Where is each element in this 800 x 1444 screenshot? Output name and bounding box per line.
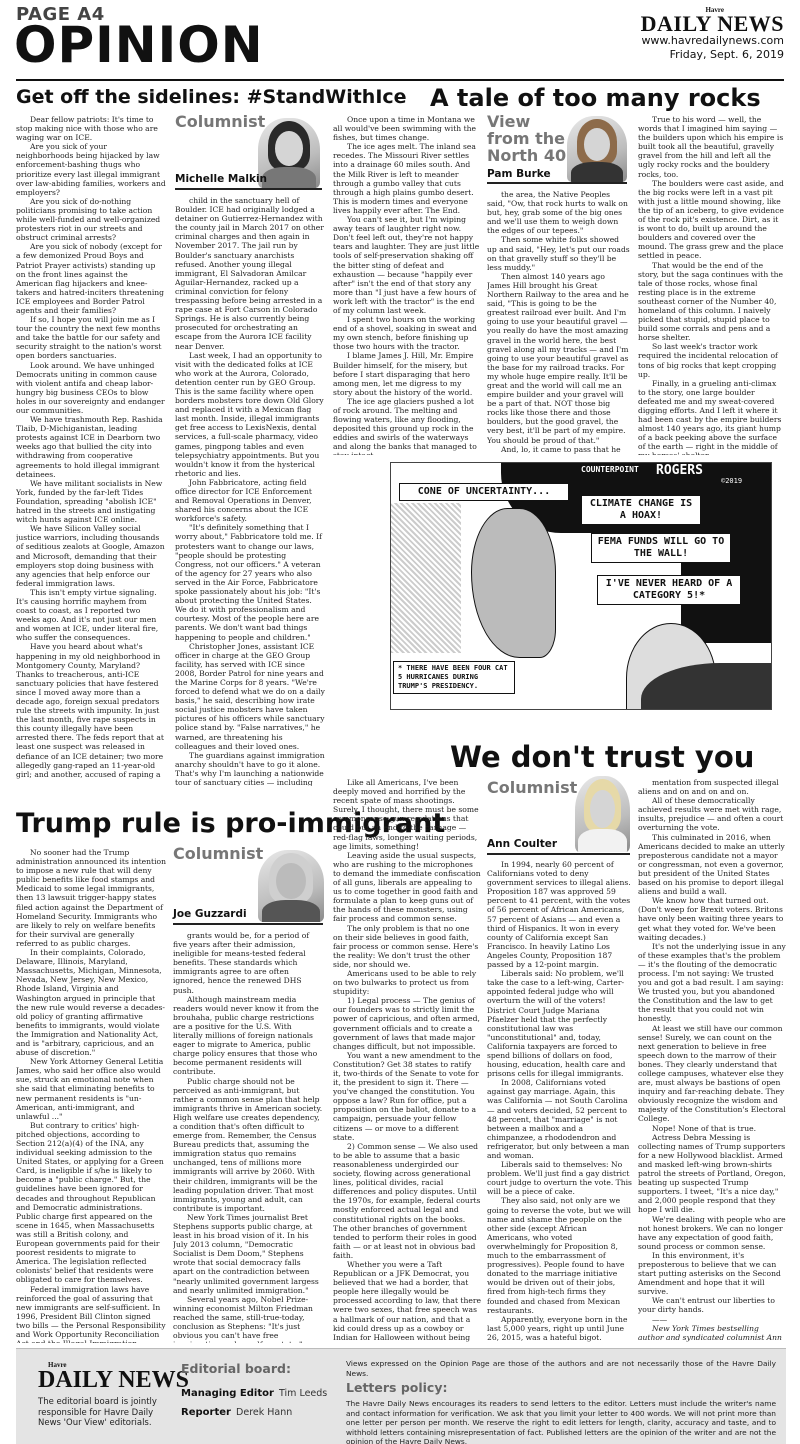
paragraph: Actress Debra Messing is collecting name… bbox=[638, 1133, 786, 1215]
paragraph: John Fabbricatore, acting field office d… bbox=[175, 478, 325, 523]
paragraph: Nope! None of that is true. bbox=[638, 1124, 786, 1133]
paragraph: Public charge should not be perceived as… bbox=[173, 1077, 323, 1213]
cartoon-artist: ROGERS bbox=[656, 463, 703, 478]
paragraph: Once upon a time in Montana we all would… bbox=[333, 115, 481, 142]
paragraph: That would be the end of the story, but … bbox=[638, 261, 786, 343]
byline-rule bbox=[173, 923, 323, 925]
paragraph: 2) Common sense — We also used to be abl… bbox=[333, 1142, 481, 1260]
paragraph: We're dealing with people who are not ho… bbox=[638, 1215, 786, 1251]
paragraph: We have trashmouth Rep. Rashida Tlaib, D… bbox=[16, 415, 166, 479]
paragraph: In 2008, Californians voted against gay … bbox=[487, 1078, 632, 1160]
paragraph: True to his word — well, the words that … bbox=[638, 115, 786, 179]
footer-brand-desc: The editorial board is jointly responsib… bbox=[38, 1397, 178, 1429]
article-headline-rocks: A tale of too many rocks bbox=[430, 84, 761, 112]
author-byline-burke: Pam Burke bbox=[487, 168, 551, 180]
speech-bubble-category5: I'VE NEVER HEARD OF A CATEGORY 5!* bbox=[597, 575, 741, 605]
article-rocks-col1: Once upon a time in Montana we all would… bbox=[333, 115, 481, 455]
paragraph: Are you sick of do-nothing politicians p… bbox=[16, 197, 166, 242]
paragraph: It's not the underlying issue in any of … bbox=[638, 942, 786, 1024]
paragraph: Whether you were a Taft Republican or a … bbox=[333, 1260, 481, 1343]
paragraph: Like all Americans, I've been deeply mov… bbox=[333, 778, 481, 851]
author-photo-coulter bbox=[575, 776, 630, 852]
footer-brand-name: DAILY NEWS bbox=[38, 1369, 189, 1391]
article-trust-col2: In 1994, nearly 60 percent of California… bbox=[487, 860, 632, 1343]
issue-date: Friday, Sept. 6, 2019 bbox=[641, 48, 784, 62]
byline-rule bbox=[487, 853, 630, 855]
paragraph: Although mainstream media readers would … bbox=[173, 995, 323, 1077]
paragraph: New York Times journalist Bret Stephens … bbox=[173, 1213, 323, 1295]
paragraph: Then some white folks showed up and said… bbox=[487, 235, 630, 271]
paragraph: So last week's tractor work required the… bbox=[638, 342, 786, 378]
letters-policy-heading: Letters policy: bbox=[346, 1380, 776, 1395]
paragraph: No sooner had the Trump administration a… bbox=[16, 848, 166, 948]
signoff-dash: —— bbox=[638, 1315, 786, 1324]
paragraph: Liberals said to themselves: No problem.… bbox=[487, 1160, 632, 1196]
paragraph: The only problem is that no one on their… bbox=[333, 924, 481, 969]
paragraph: In this environment, it's preposterous t… bbox=[638, 1251, 786, 1296]
article-trust-signoff: New York Times bestselling author and sy… bbox=[638, 1324, 786, 1343]
paragraph: mentation from suspected illegal aliens … bbox=[638, 778, 786, 796]
paragraph: The ice ages melt. The inland sea recede… bbox=[333, 142, 481, 215]
cartoon-footnote: * THERE HAVE BEEN FOUR CAT 5 HURRICANES … bbox=[393, 661, 515, 694]
article-standwithice-col1: Dear fellow patriots: It's time to stop … bbox=[16, 115, 166, 780]
cone-of-uncertainty-shape bbox=[471, 508, 556, 658]
speech-bubble-fema: FEMA FUNDS WILL GO TO THE WALL! bbox=[591, 533, 731, 563]
columnist-label: Columnist bbox=[175, 113, 265, 130]
paragraph: Are you sick of your neighborhoods being… bbox=[16, 142, 166, 197]
paragraph: In 1994, nearly 60 percent of California… bbox=[487, 860, 632, 969]
article-headline-standwithice: Get off the sidelines: #StandWithIce bbox=[16, 86, 407, 108]
paragraph: Federal immigration laws have reinforced… bbox=[16, 1285, 166, 1344]
paragraph: This culminated in 2016, when Americans … bbox=[638, 833, 786, 897]
editorial-footer: Havre DAILY NEWS The editorial board is … bbox=[16, 1348, 786, 1444]
paragraph: Americans used to be able to rely on two… bbox=[333, 969, 481, 996]
paragraph: Then almost 140 years ago James Hill bro… bbox=[487, 272, 630, 445]
board-member-name: Derek Hann bbox=[236, 1407, 292, 1418]
header-rule bbox=[16, 79, 784, 81]
paragraph: This isn't empty virtue signaling. It's … bbox=[16, 588, 166, 643]
paragraph: We have militant socialists in New York,… bbox=[16, 479, 166, 524]
paragraph: Since the 1980s, nearly every time Ameri… bbox=[487, 1342, 632, 1343]
author-photo-malkin bbox=[258, 118, 320, 188]
paragraph: Finally, in a grueling anti-climax to th… bbox=[638, 379, 786, 455]
column-label-north40: View from the North 40 bbox=[487, 113, 567, 164]
article-trust-col3: mentation from suspected illegal aliens … bbox=[638, 778, 786, 1343]
website-link[interactable]: www.havredailynews.com bbox=[641, 34, 784, 48]
article-standwithice-col2: child in the sanctuary hell of Boulder. … bbox=[175, 196, 325, 786]
author-byline-malkin: Michelle Malkin bbox=[175, 173, 267, 185]
byline-rule bbox=[175, 188, 322, 190]
paragraph: If so, I hope you will join me as I tour… bbox=[16, 315, 166, 360]
paragraph: Have you heard about what's happening in… bbox=[16, 642, 166, 780]
board-member-role: Managing Editor bbox=[181, 1388, 274, 1399]
paragraph: 1) Legal process — The genius of our fou… bbox=[333, 996, 481, 1051]
article-proimmigrant-col2: grants would be, for a period of five ye… bbox=[173, 931, 323, 1343]
article-rocks-col2: the area, the Native Peoples said, "Ow, … bbox=[487, 190, 630, 455]
paragraph: In their complaints, Colorado, Delaware,… bbox=[16, 948, 166, 1057]
paragraph: You can't see it, but I'm wiping away te… bbox=[333, 215, 481, 315]
paragraph: Christopher Jones, assistant ICE officer… bbox=[175, 642, 325, 751]
speech-bubble-climate: CLIMATE CHANGE IS A HOAX! bbox=[581, 495, 701, 525]
paragraph: You want a new amendment to the Constitu… bbox=[333, 1051, 481, 1142]
paragraph: Last week, I had an opportunity to visit… bbox=[175, 351, 325, 478]
opinion-disclaimer: Views expressed on the Opinion Page are … bbox=[346, 1359, 776, 1378]
paragraph: New York Attorney General Letitia James,… bbox=[16, 1057, 166, 1121]
board-member-role: Reporter bbox=[181, 1407, 231, 1418]
paragraph: The ice age glaciers pushed a lot of roc… bbox=[333, 397, 481, 455]
paragraph: Are you sick of nobody (except for a few… bbox=[16, 242, 166, 315]
paragraph: We can't entrust our liberties to your d… bbox=[638, 1296, 786, 1314]
paragraph: I spent two hours on the working end of … bbox=[333, 315, 481, 351]
paragraph: The guardians against immigration anarch… bbox=[175, 751, 325, 786]
paragraph: At least we still have our common sense!… bbox=[638, 1024, 786, 1124]
paragraph: Dear fellow patriots: It's time to stop … bbox=[16, 115, 166, 142]
article-trust-col1: Like all Americans, I've been deeply mov… bbox=[333, 778, 481, 1343]
editorial-board-heading: Editorial board: bbox=[181, 1361, 327, 1376]
byline-rule bbox=[487, 182, 627, 184]
paragraph: Look around. We have unhinged Democrats … bbox=[16, 361, 166, 416]
paragraph: And, lo, it came to pass that he came in… bbox=[487, 445, 630, 455]
board-member-name: Tim Leeds bbox=[279, 1388, 327, 1399]
paragraph: the area, the Native Peoples said, "Ow, … bbox=[487, 190, 630, 235]
paragraph: grants would be, for a period of five ye… bbox=[173, 931, 323, 995]
paragraph: Liberals said: No problem, we'll take th… bbox=[487, 969, 632, 1078]
author-byline-guzzardi: Joe Guzzardi bbox=[173, 908, 247, 920]
paragraph: We have Silicon Valley social justice wa… bbox=[16, 524, 166, 588]
author-photo-guzzardi bbox=[258, 850, 324, 922]
board-member: Managing Editor Tim Leeds bbox=[181, 1381, 327, 1400]
paragraph: "It's definitely something that I worry … bbox=[175, 523, 325, 641]
paragraph: Apparently, everyone born in the last 5,… bbox=[487, 1315, 632, 1342]
author-photo-burke bbox=[567, 116, 627, 182]
cartoon-credit: COUNTERPOINT bbox=[581, 465, 639, 474]
cartoon-copyright: ©2019 bbox=[721, 477, 742, 485]
paragraph: child in the sanctuary hell of Boulder. … bbox=[175, 196, 325, 351]
paragraph: But contrary to critics' high-pitched ob… bbox=[16, 1121, 166, 1285]
paragraph: They also said, not only are we going to… bbox=[487, 1196, 632, 1314]
article-proimmigrant-col1: No sooner had the Trump administration a… bbox=[16, 848, 166, 1343]
board-member: Reporter Derek Hann bbox=[181, 1400, 327, 1419]
paragraph: Leaving aside the usual suspects, who ar… bbox=[333, 851, 481, 924]
masthead-name: DAILY NEWS bbox=[641, 14, 784, 34]
columnist-label: Columnist bbox=[173, 845, 263, 862]
editorial-cartoon: COUNTERPOINT ROGERS ©2019 CONE OF UNCERT… bbox=[390, 462, 772, 710]
paragraph: We know how that turned out. (Don't weep… bbox=[638, 896, 786, 941]
masthead: Havre DAILY NEWS www.havredailynews.com … bbox=[641, 6, 784, 62]
section-title: OPINION bbox=[14, 20, 264, 70]
columnist-label: Columnist bbox=[487, 779, 577, 796]
paragraph: I blame James J. Hill, Mr. Empire Builde… bbox=[333, 351, 481, 396]
author-byline-coulter: Ann Coulter bbox=[487, 838, 557, 850]
cartoon-title-box: CONE OF UNCERTAINTY... bbox=[399, 483, 569, 501]
paragraph: Several years ago, Nobel Prize-winning e… bbox=[173, 1295, 323, 1343]
paragraph: The boulders were cast aside, and the bi… bbox=[638, 179, 786, 261]
article-headline-trust: We don't trust you bbox=[450, 740, 754, 774]
paragraph: All of these democratically achieved res… bbox=[638, 796, 786, 832]
letters-policy-text: The Havre Daily News encourages its read… bbox=[346, 1399, 776, 1444]
article-rocks-col3: True to his word — well, the words that … bbox=[638, 115, 786, 455]
